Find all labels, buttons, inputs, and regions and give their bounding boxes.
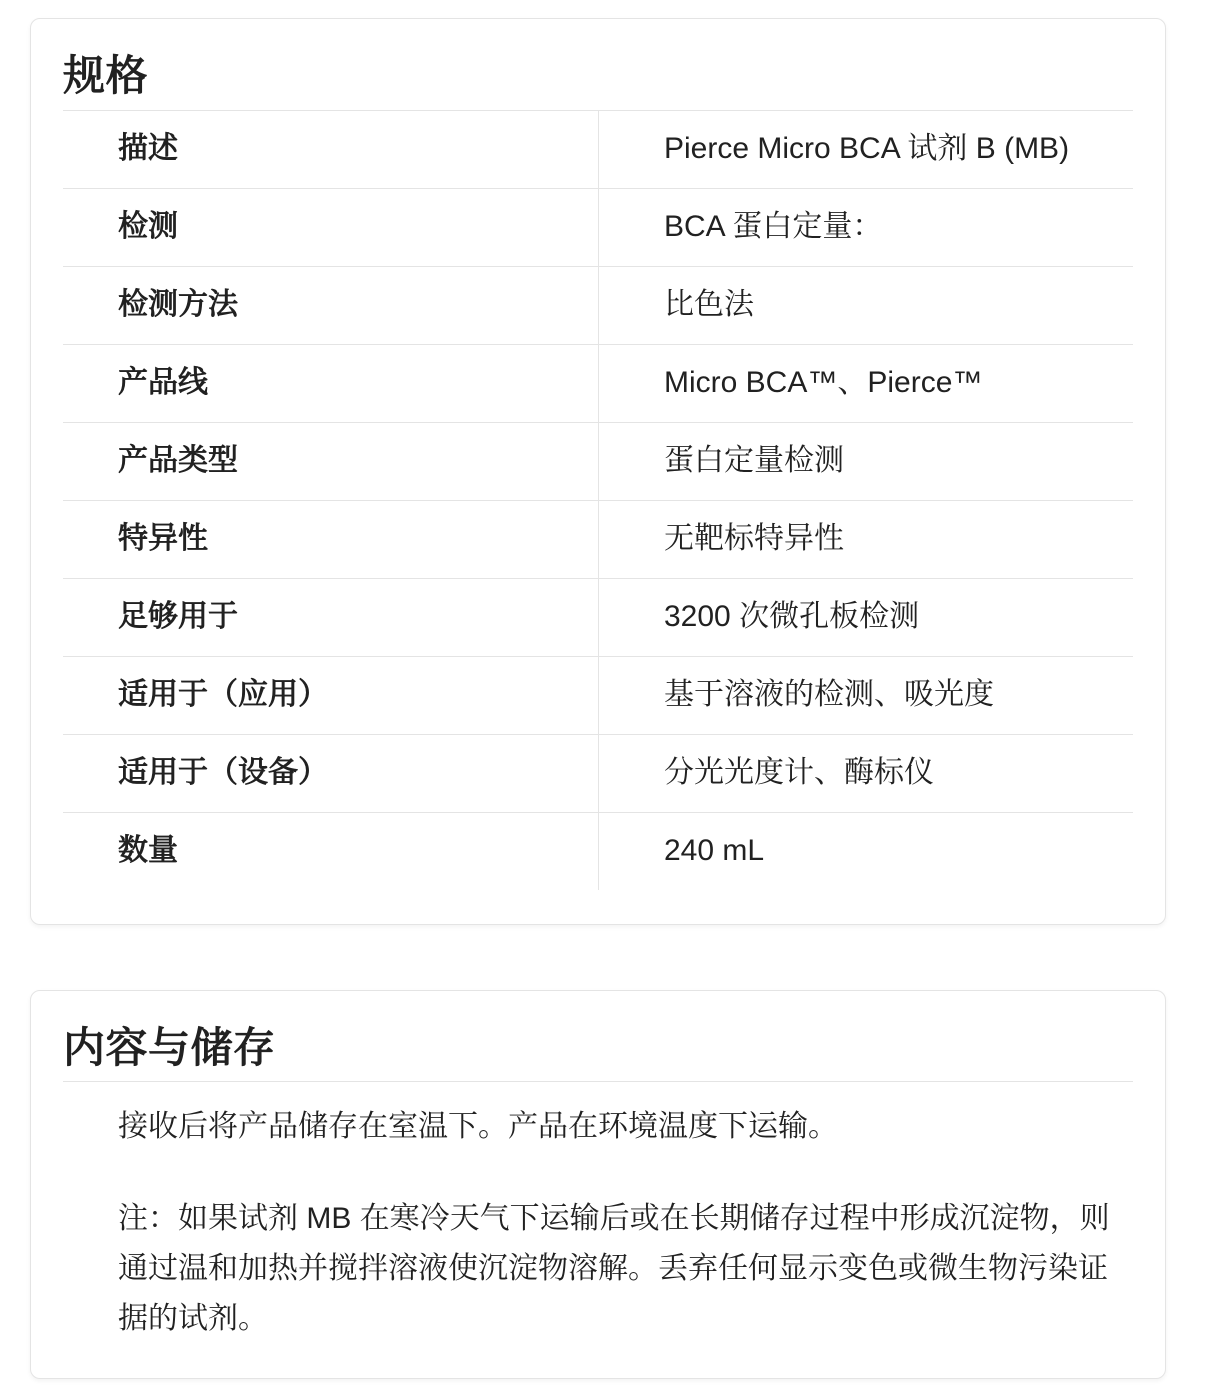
spec-label: 适用于（应用）	[63, 664, 598, 726]
spec-value: 基于溶液的检测、吸光度	[598, 657, 1133, 734]
spec-label: 检测	[63, 196, 598, 258]
spec-row-for-use-with-application: 适用于（应用） 基于溶液的检测、吸光度	[63, 657, 1133, 735]
specifications-table: 描述 Pierce Micro BCA 试剂 B (MB) 检测 BCA 蛋白定…	[63, 111, 1133, 890]
spec-row-detection-method: 检测方法 比色法	[63, 267, 1133, 345]
contents-storage-body: 接收后将产品储存在室温下。产品在环境温度下运输。 注：如果试剂 MB 在寒冷天气…	[63, 1082, 1133, 1344]
spec-label: 描述	[63, 118, 598, 180]
spec-row-sufficient-for: 足够用于 3200 次微孔板检测	[63, 579, 1133, 657]
spec-row-for-use-with-equipment: 适用于（设备） 分光光度计、酶标仪	[63, 735, 1133, 813]
spec-label: 适用于（设备）	[63, 742, 598, 804]
specifications-title: 规格	[63, 49, 1133, 111]
spec-label: 数量	[63, 820, 598, 882]
spec-label: 产品类型	[63, 430, 598, 492]
spec-value: Pierce Micro BCA 试剂 B (MB)	[598, 111, 1133, 188]
spec-label: 足够用于	[63, 586, 598, 648]
spec-row-quantity: 数量 240 mL	[63, 813, 1133, 890]
spec-label: 产品线	[63, 352, 598, 414]
spec-value: 无靶标特异性	[598, 501, 1133, 578]
product-detail-page: 规格 描述 Pierce Micro BCA 试剂 B (MB) 检测 BCA …	[0, 0, 1232, 1397]
contents-storage-card: 内容与储存 接收后将产品储存在室温下。产品在环境温度下运输。 注：如果试剂 MB…	[30, 990, 1166, 1380]
spec-value: 分光光度计、酶标仪	[598, 735, 1133, 812]
spec-row-assay: 检测 BCA 蛋白定量：	[63, 189, 1133, 267]
spec-label: 检测方法	[63, 274, 598, 336]
storage-paragraph-precipitate-note: 注：如果试剂 MB 在寒冷天气下运输后或在长期储存过程中形成沉淀物，则通过温和加…	[118, 1194, 1123, 1344]
spec-row-product-line: 产品线 Micro BCA™、Pierce™	[63, 345, 1133, 423]
spec-row-description: 描述 Pierce Micro BCA 试剂 B (MB)	[63, 111, 1133, 189]
spec-value: 240 mL	[598, 813, 1133, 890]
spec-row-product-type: 产品类型 蛋白定量检测	[63, 423, 1133, 501]
spec-value: 比色法	[598, 267, 1133, 344]
spec-row-specificity: 特异性 无靶标特异性	[63, 501, 1133, 579]
spec-value: Micro BCA™、Pierce™	[598, 345, 1133, 422]
spec-value: BCA 蛋白定量：	[598, 189, 1133, 266]
contents-storage-title: 内容与储存	[63, 1021, 1133, 1083]
spec-label: 特异性	[63, 508, 598, 570]
spec-value: 3200 次微孔板检测	[598, 579, 1133, 656]
specifications-card: 规格 描述 Pierce Micro BCA 试剂 B (MB) 检测 BCA …	[30, 18, 1166, 925]
spec-value: 蛋白定量检测	[598, 423, 1133, 500]
storage-paragraph-room-temperature: 接收后将产品储存在室温下。产品在环境温度下运输。	[118, 1102, 1123, 1152]
